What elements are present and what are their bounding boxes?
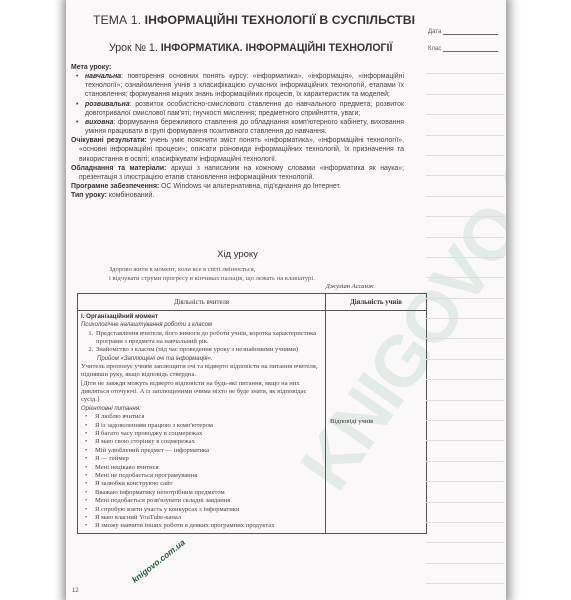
note-line xyxy=(426,278,504,298)
class-row: Клас xyxy=(428,35,498,52)
date-class-block: Дата Клас xyxy=(428,18,498,52)
note-line xyxy=(426,421,504,441)
question-item: Вважаю інформатику непотрібним предметом xyxy=(95,489,322,497)
question-item: Я зможу навчити інших роботи в деяких пр… xyxy=(95,522,322,530)
note-line xyxy=(426,503,504,523)
lesson-type: Тип уроку: комбінований. xyxy=(71,191,404,200)
step-item: Представлення вчителя, його вимоги до ро… xyxy=(95,330,322,347)
workbook-page: KNIGOVO.ORG.UA ТЕМА 1. ІНФОРМАЦІЙНІ ТЕХН… xyxy=(66,0,506,600)
question-item: Мені нецікаво вчитися xyxy=(95,464,322,472)
note-line xyxy=(426,339,504,359)
header-students: Діяльність учнів xyxy=(326,294,427,311)
student-activity-cell: Відповіді учнів xyxy=(326,311,427,534)
student-activity-text: Відповіді учнів xyxy=(330,418,373,425)
epigraph-line: Здорово жити в момент, коли все в світі … xyxy=(109,266,374,275)
note-line xyxy=(426,319,504,339)
note-line xyxy=(426,543,504,563)
meta-text: комбінований. xyxy=(107,192,154,199)
method-name: Прийом «Заплющені очі та інформація». xyxy=(81,355,322,363)
table-header-row: Діяльність вчителя Діяльність учнів xyxy=(78,294,427,311)
table-row: І. Організаційний момент Психологічне на… xyxy=(78,311,427,534)
question-item: Мій улюблений предмет — інформатика xyxy=(95,447,322,455)
note-line xyxy=(426,299,504,319)
lesson-table: Діяльність вчителя Діяльність учнів І. О… xyxy=(77,293,427,534)
lesson-prefix: Урок № 1. xyxy=(109,42,161,54)
question-item: Я залюбки конструюю сайт xyxy=(95,480,322,488)
date-field[interactable] xyxy=(443,28,498,35)
steps-list: Представлення вчителя, його вимоги до ро… xyxy=(81,330,322,355)
meta-text: ОС Windows чи альтернативна, під'єднання… xyxy=(159,183,341,190)
lesson-goals: Мета уроку: навчальна: повторення основн… xyxy=(71,63,404,200)
class-field[interactable] xyxy=(443,45,498,52)
note-line xyxy=(426,523,504,543)
goals-list: навчальна: повторення основних понять ку… xyxy=(71,72,404,136)
goal-text: : формування бережливого ставлення до об… xyxy=(85,119,404,135)
note-line xyxy=(426,441,504,461)
questions-heading: Орієнтовні питання: xyxy=(81,405,322,413)
course-heading: Хід уроку xyxy=(71,249,404,260)
meta-label: Обладнання та матеріали: xyxy=(71,165,166,172)
teacher-activity-cell: І. Організаційний момент Психологічне на… xyxy=(78,311,326,534)
goal-item: виховна: формування бережливого ставленн… xyxy=(85,118,404,136)
subsection-title: Психологічне налаштування роботи з класо… xyxy=(81,321,322,329)
lesson-title: Урок № 1. ІНФОРМАТИКА. ІНФОРМАЦІЙНІ ТЕХН… xyxy=(109,42,392,54)
question-item: Я маю свою сторінку в соцмережах xyxy=(95,438,322,446)
note-line xyxy=(426,360,504,380)
question-item: Я люблю вчитися xyxy=(95,413,322,421)
topic-title: ТЕМА 1. ІНФОРМАЦІЙНІ ТЕХНОЛОГІЇ В СУСПІЛ… xyxy=(93,13,415,27)
note-line xyxy=(426,156,504,176)
goal-label: виховна xyxy=(85,119,113,126)
question-item: Я спробую взяти участь у конкурсах з інф… xyxy=(95,506,322,514)
date-label: Дата xyxy=(428,29,443,35)
goal-text: : повторення основних понять курсу: «інф… xyxy=(85,73,404,98)
section-title: І. Організаційний момент xyxy=(81,313,322,321)
note-line xyxy=(426,136,504,156)
epigraph-line: і відчувати струми прогресу в кінчиках п… xyxy=(109,275,374,284)
lesson-name: ІНФОРМАТИКА. ІНФОРМАЦІЙНІ ТЕХНОЛОГІЇ xyxy=(161,42,393,54)
page-number: 12 xyxy=(72,588,79,594)
note-line xyxy=(426,54,504,74)
instruction-note: [Діти не завжди можуть відверто відповіс… xyxy=(81,380,322,405)
note-line xyxy=(426,380,504,400)
question-item: Мені подобається розв'язувати складні за… xyxy=(95,497,322,505)
note-line xyxy=(426,258,504,278)
topic-name: ІНФОРМАЦІЙНІ ТЕХНОЛОГІЇ В СУСПІЛЬСТВІ xyxy=(145,13,416,27)
goal-item: навчальна: повторення основних понять ку… xyxy=(85,72,404,99)
epigraph-author: Джуліан Ассанж xyxy=(109,283,374,292)
question-item: Мені не подобається програмування xyxy=(95,472,322,480)
goal-label: навчальна xyxy=(85,73,121,80)
header-teacher: Діяльність вчителя xyxy=(78,294,326,311)
goal-label: розвивальна xyxy=(85,101,130,108)
notes-lines xyxy=(426,54,504,600)
topic-prefix: ТЕМА 1. xyxy=(93,13,145,27)
question-item: Я маю власний YouTube-канал xyxy=(95,514,322,522)
goals-heading: Мета уроку: xyxy=(71,63,404,72)
goal-item: розвивальна: розвиток особистісно-смисло… xyxy=(85,100,404,118)
expected-results: Очікувані результати: учень уміє пояснит… xyxy=(71,136,404,163)
meta-label: Очікувані результати: xyxy=(71,137,147,144)
note-line xyxy=(426,401,504,421)
software: Програмне забезпечення: ОС Windows чи ал… xyxy=(71,182,404,191)
epigraph: Здорово жити в момент, коли все в світі … xyxy=(109,266,374,292)
step-item: Знайомство з класом (під час проведення … xyxy=(95,346,322,354)
note-line xyxy=(426,74,504,94)
note-line xyxy=(426,238,504,258)
note-line xyxy=(426,584,504,600)
note-line xyxy=(426,197,504,217)
question-item: Я багато часу проводжу в соцмережах xyxy=(95,430,322,438)
questions-list: Я люблю вчитисяЯ із задоволенням працюю … xyxy=(81,413,322,531)
instruction-paragraph: Учитель пропонує учням заплющити очі та … xyxy=(81,363,322,380)
note-line xyxy=(426,482,504,502)
note-line xyxy=(426,462,504,482)
meta-label: Тип уроку: xyxy=(71,192,107,199)
note-line xyxy=(426,217,504,237)
note-line xyxy=(426,176,504,196)
question-item: Я — геймер xyxy=(95,455,322,463)
site-watermark: knigovo.com.ua xyxy=(130,537,187,585)
question-item: Я із задоволенням працюю з комп'ютером xyxy=(95,422,322,430)
note-line xyxy=(426,564,504,584)
date-row: Дата xyxy=(428,18,498,35)
class-label: Клас xyxy=(428,46,443,52)
note-line xyxy=(426,115,504,135)
goal-text: : розвиток особистісно-смислового ставле… xyxy=(85,101,404,117)
meta-label: Програмне забезпечення: xyxy=(71,183,159,190)
note-line xyxy=(426,95,504,115)
equipment: Обладнання та матеріали: аркуші з написа… xyxy=(71,164,404,182)
